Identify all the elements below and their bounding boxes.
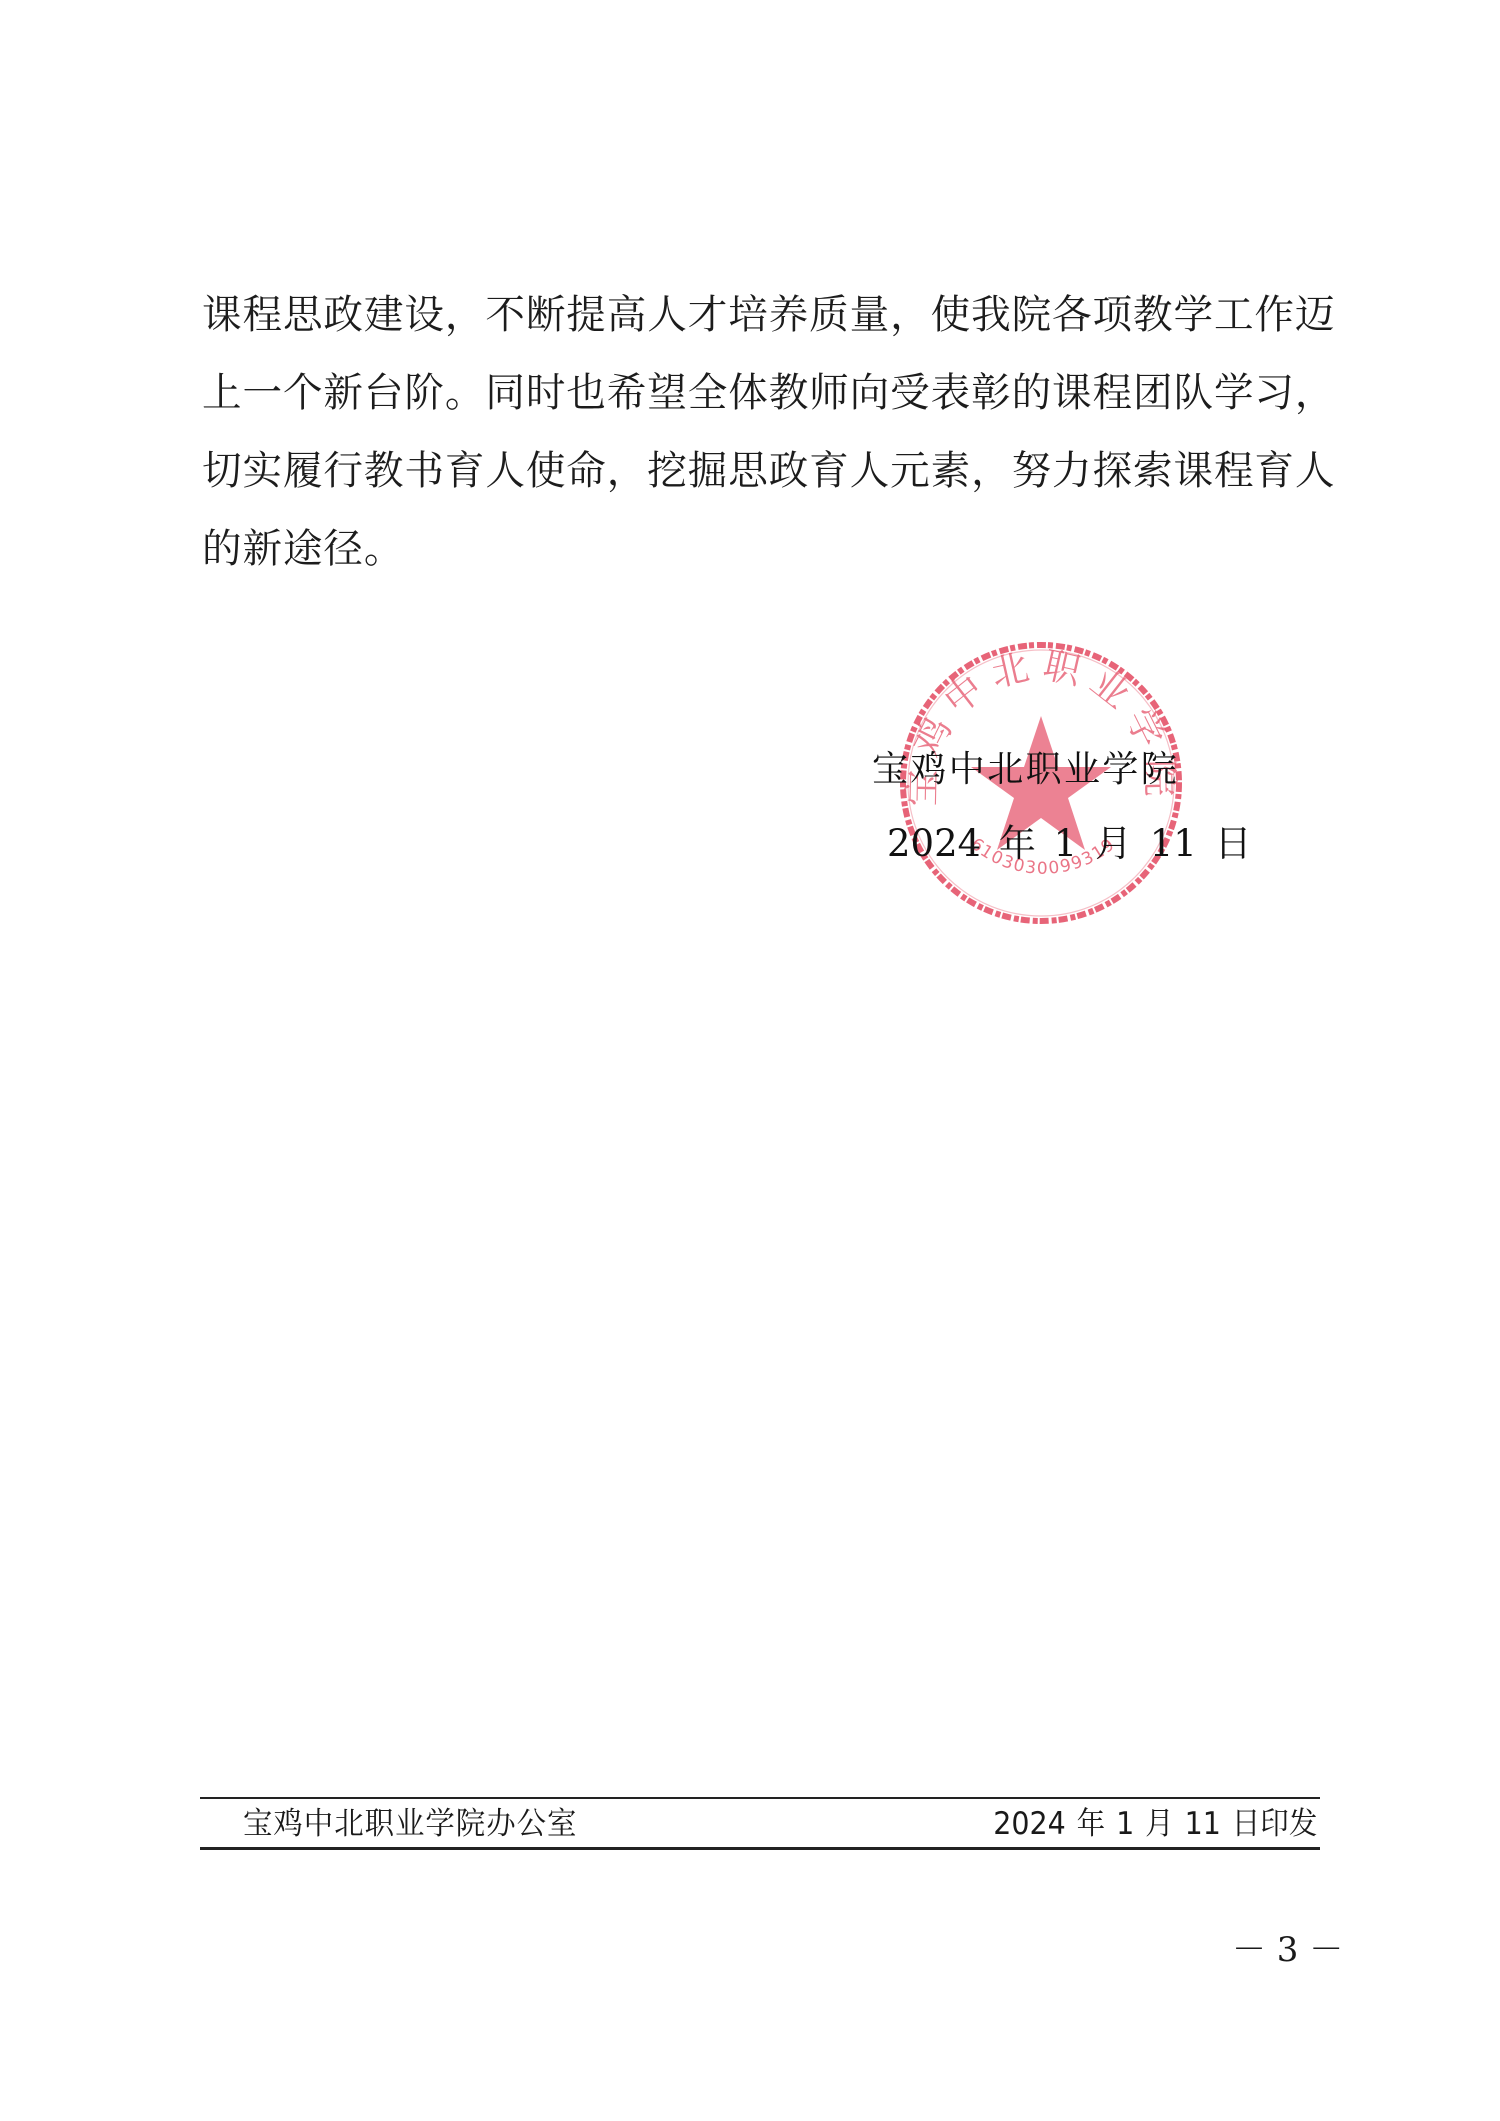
signature-date: 2024 年 1 月 11 日 <box>887 818 1252 870</box>
body-line-3: 切实履行教书育人使命，挖掘思政育人元素，努力探索课程育人 <box>202 432 1322 510</box>
page-number: － 3 － <box>1232 1928 1343 1972</box>
footer-divider-bottom <box>200 1847 1320 1850</box>
body-line-1: 课程思政建设，不断提高人才培养质量，使我院各项教学工作迈 <box>202 276 1322 354</box>
document-page: 课程思政建设，不断提高人才培养质量，使我院各项教学工作迈 上一个新台阶。同时也希… <box>0 0 1500 2121</box>
footer-issue-date: 2024 年 1 月 11 日印发 <box>993 1802 1317 1846</box>
footer-issuer: 宝鸡中北职业学院办公室 <box>243 1802 577 1846</box>
body-paragraph: 课程思政建设，不断提高人才培养质量，使我院各项教学工作迈 上一个新台阶。同时也希… <box>202 276 1322 588</box>
signature-organization: 宝鸡中北职业学院 <box>872 744 1179 796</box>
footer-divider-top <box>200 1797 1320 1799</box>
body-line-2: 上一个新台阶。同时也希望全体教师向受表彰的课程团队学习， <box>202 354 1322 432</box>
body-line-4: 的新途径。 <box>202 510 1322 588</box>
